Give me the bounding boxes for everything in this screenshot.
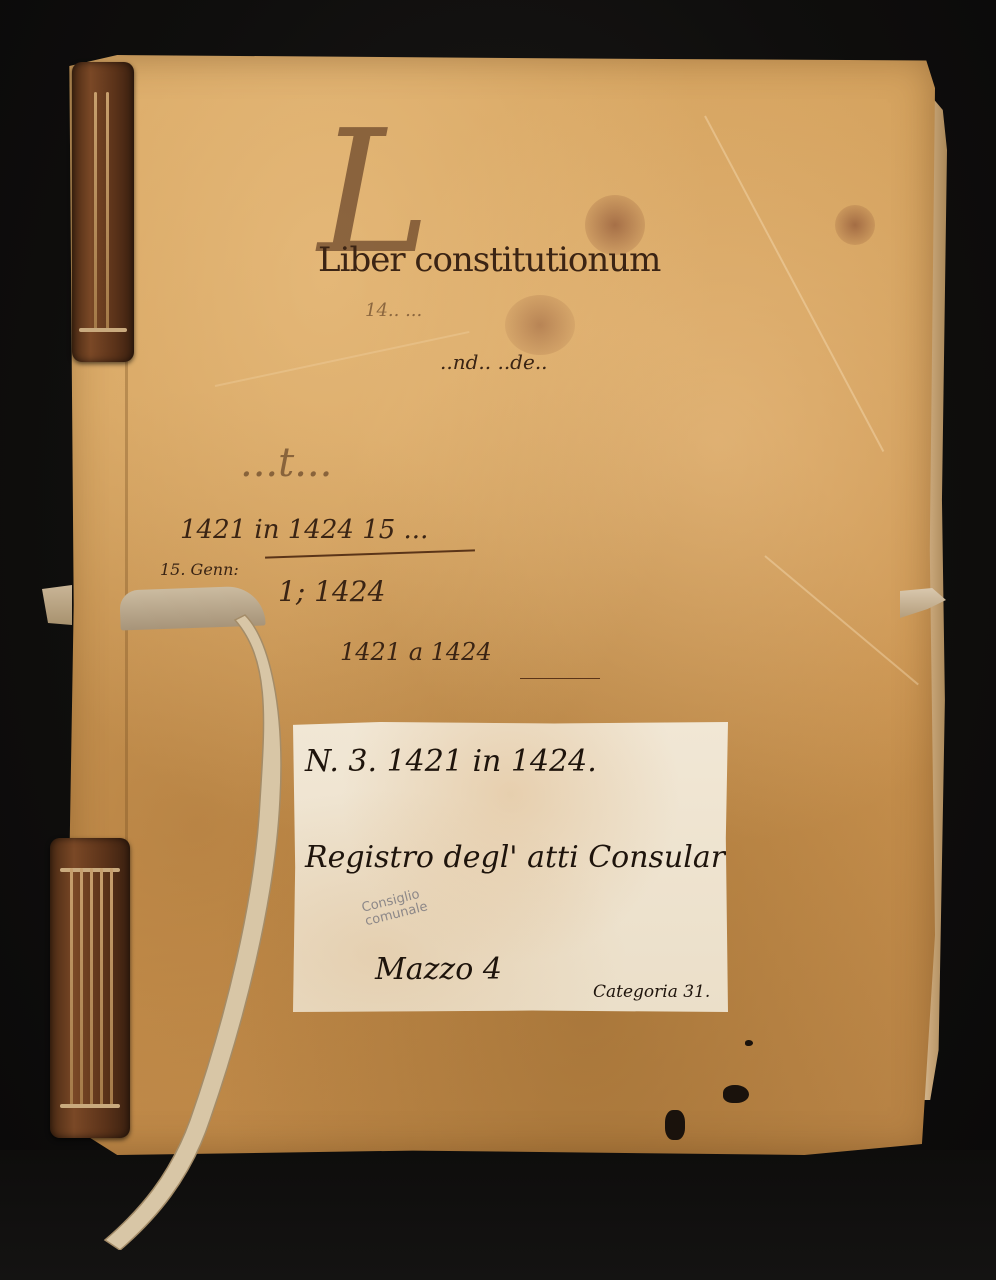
crease (215, 331, 470, 387)
sewing-cord (94, 92, 97, 332)
archival-label: N. 3. 1421 in 1424. Registro degl' atti … (293, 722, 728, 1012)
label-number-dates: N. 3. 1421 in 1424. (305, 744, 597, 779)
crease (704, 116, 884, 452)
underline (520, 678, 600, 679)
cover-title: Liber constitutionum (318, 240, 660, 280)
sewing-cord (70, 868, 73, 1108)
sewing-cord (80, 868, 83, 1108)
wormhole (723, 1085, 749, 1103)
sewing-cord (90, 868, 93, 1108)
wormhole (745, 1040, 753, 1046)
label-bundle: Mazzo 4 (375, 952, 502, 987)
faded-date: 14.. ... (365, 300, 422, 321)
label-category: Categoria 31. (593, 982, 710, 1002)
tie-strap-end (42, 585, 72, 625)
flourish-line: ..nd.. ..de.. (440, 350, 548, 374)
date-annotation-2: 1; 1424 (278, 575, 385, 608)
leather-spine-tab-top (72, 62, 134, 362)
faded-inscription: ...t... (240, 440, 332, 486)
date-annotation-1: 1421 in 1424 15 ... (180, 515, 428, 545)
label-title: Registro degl' atti Consulari (305, 840, 735, 875)
stain (835, 205, 875, 245)
sewing-cord (106, 92, 109, 332)
tie-strap (95, 600, 285, 1250)
wormhole (665, 1110, 685, 1140)
stain (505, 295, 575, 355)
date-annotation-3: 1421 a 1424 (340, 638, 492, 666)
date-annotation-2-left: 15. Genn: (160, 560, 239, 579)
crease (764, 555, 918, 685)
pencil-note: Consiglio comunale (360, 887, 429, 930)
stitch (79, 328, 126, 332)
